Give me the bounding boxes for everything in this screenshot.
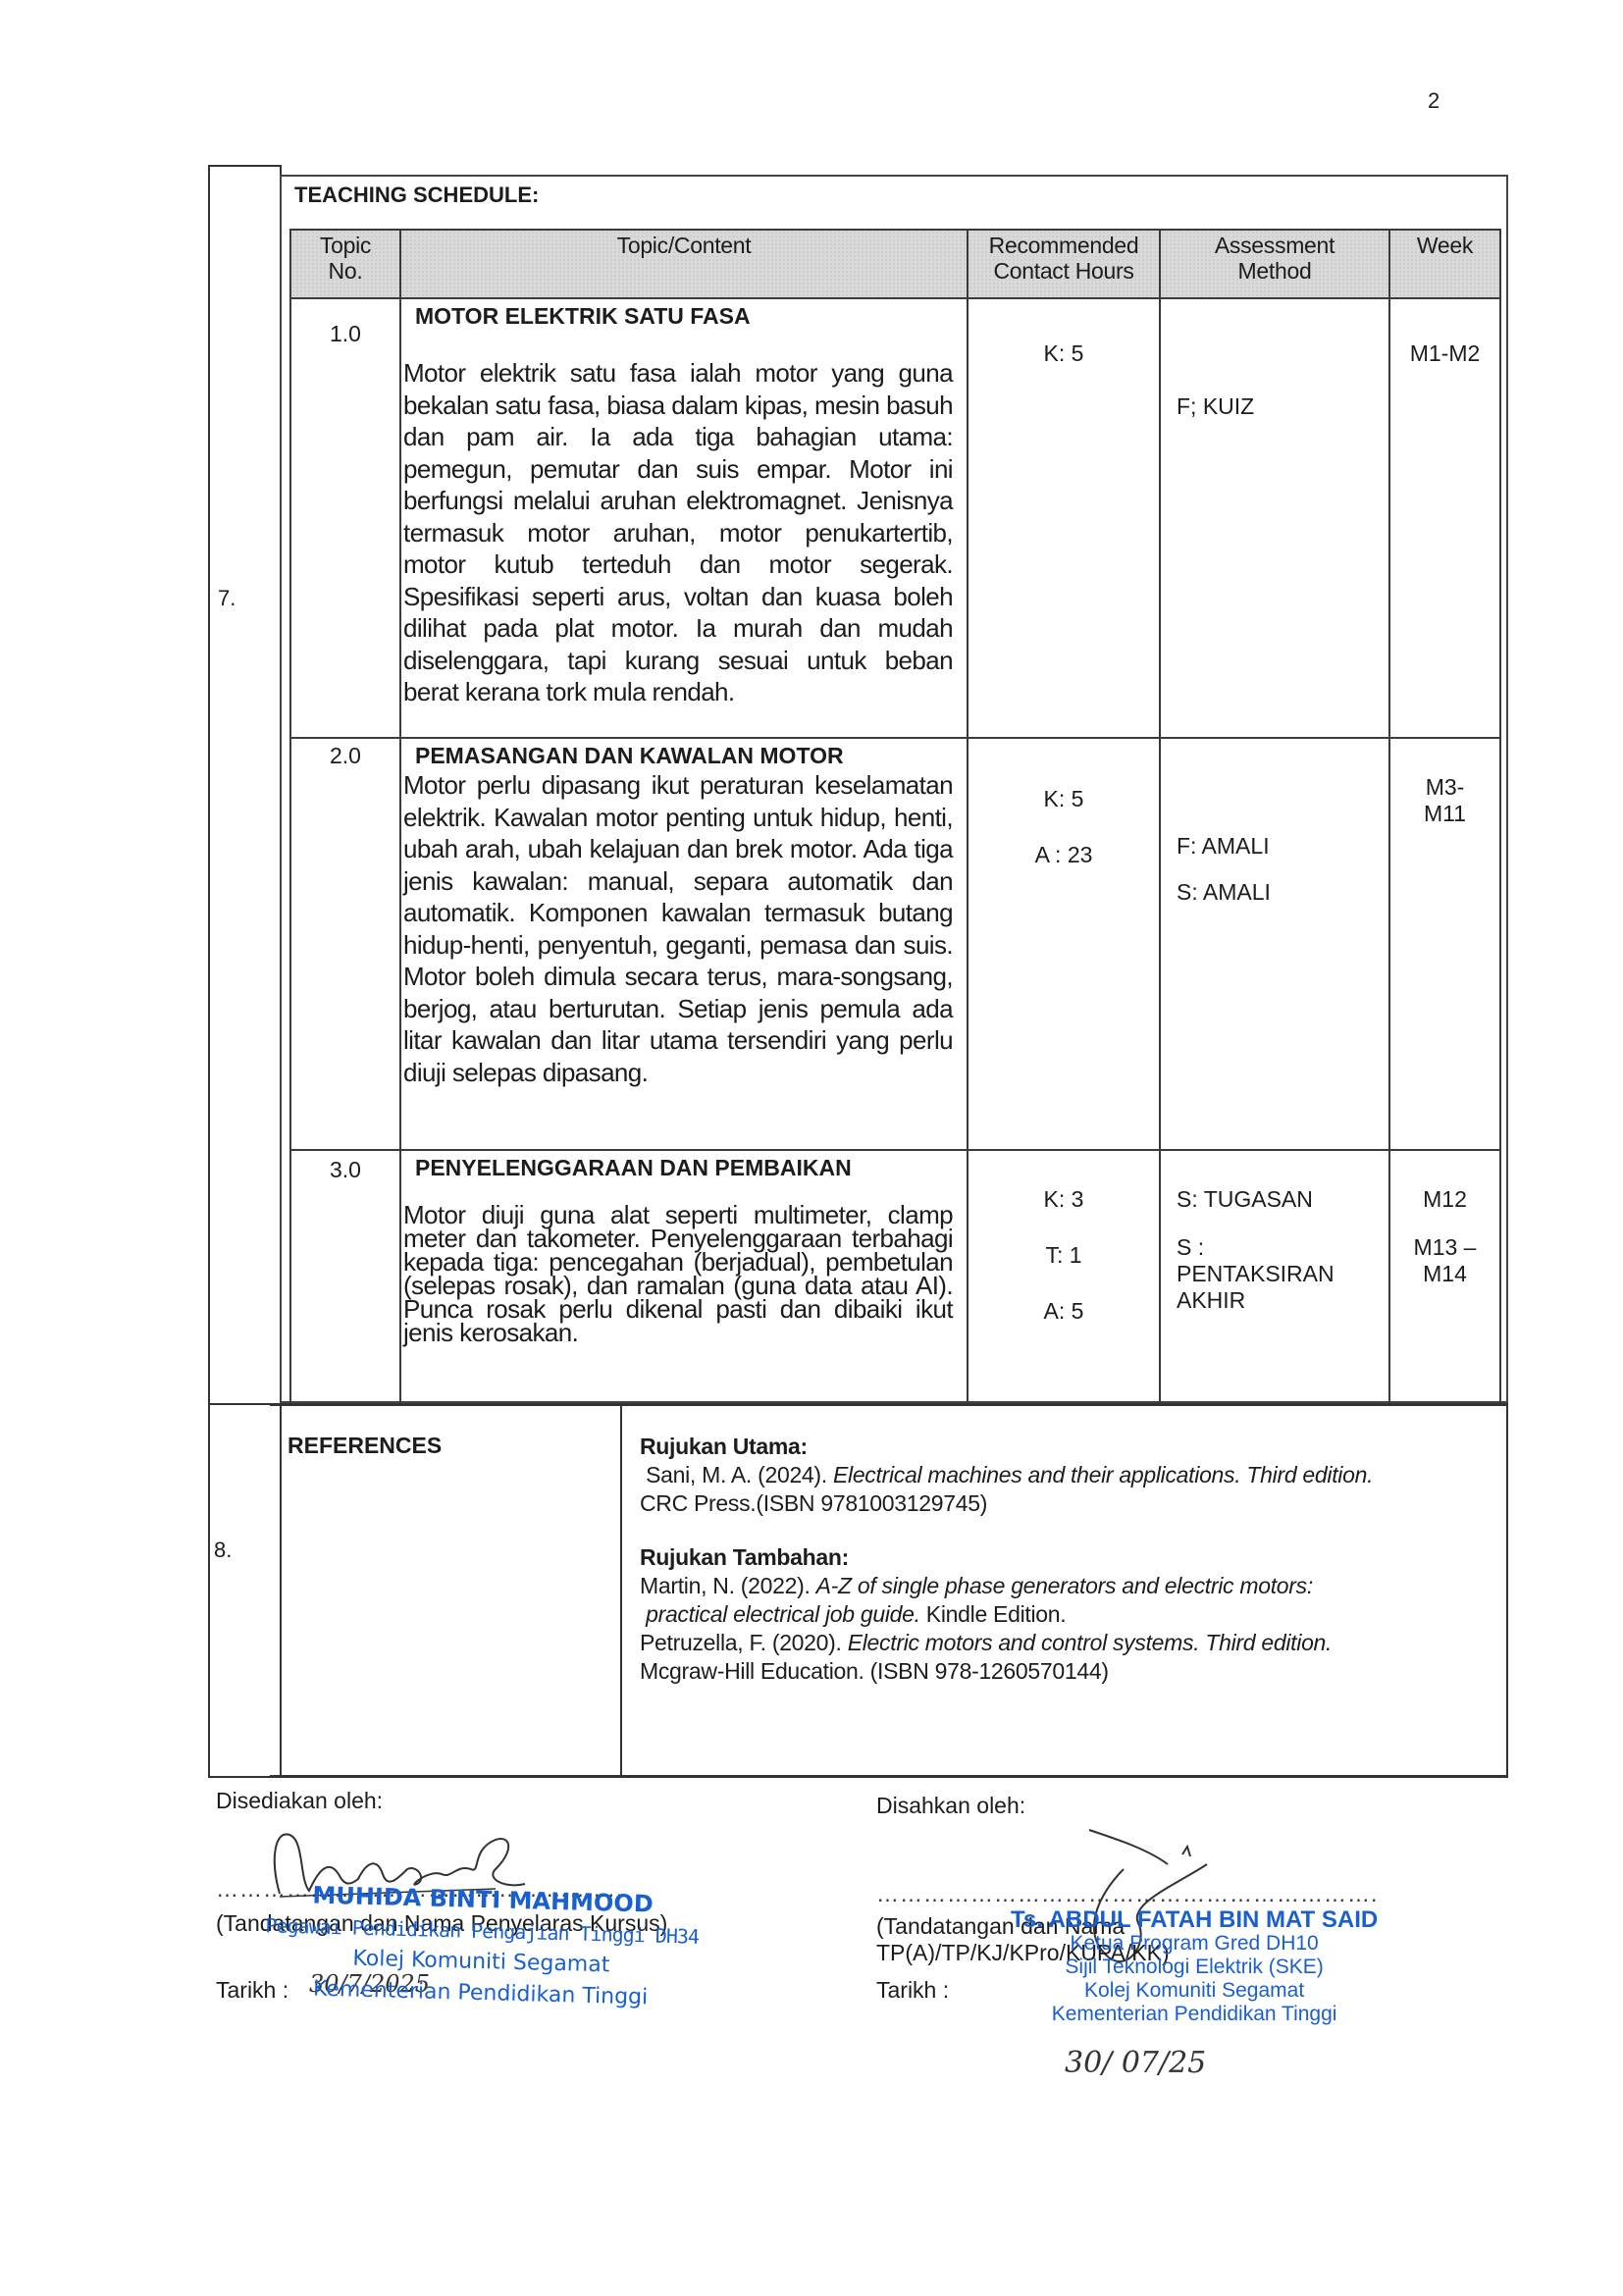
assessment-method: F: AMALIS: AMALI: [1160, 738, 1389, 1150]
topic-number: 3.0: [290, 1150, 400, 1405]
contact-hours: K: 5: [968, 298, 1160, 738]
header-contact-hours: Recommended Contact Hours: [968, 230, 1160, 298]
references-column-divider: [620, 1403, 622, 1778]
section-number-references: 8.: [214, 1538, 232, 1563]
references-label: REFERENCES: [288, 1433, 442, 1459]
approved-stamp: Ts. ABDUL FATAH BIN MAT SAID Ketua Progr…: [1011, 1908, 1378, 2026]
references-content: Rujukan Utama: Sani, M. A. (2024). Elect…: [640, 1433, 1493, 1686]
table-header-row: Topic No. Topic/Content Recommended Cont…: [290, 230, 1500, 298]
topic-title: PENYELENGGARAAN DAN PEMBAIKAN: [415, 1155, 953, 1181]
page-number: 2: [1428, 88, 1440, 114]
topic-number: 2.0: [290, 738, 400, 1150]
additional-references-heading: Rujukan Tambahan:: [640, 1543, 1493, 1572]
approved-handwritten-date: 30/ 07/25: [1065, 2046, 1206, 2080]
header-topic-content: Topic/Content: [400, 230, 968, 298]
topic-content: MOTOR ELEKTRIK SATU FASAMotor elektrik s…: [400, 298, 968, 738]
topic-description: Motor perlu dipasang ikut peraturan kese…: [403, 769, 953, 1088]
week-range: M12M13 –M14: [1389, 1150, 1500, 1405]
contact-hours: K: 5A : 23: [968, 738, 1160, 1150]
approved-by-label: Disahkan oleh:: [876, 1791, 1025, 1820]
contact-hours: K: 3T: 1A: 5: [968, 1150, 1160, 1405]
approved-date-label: Tarikh :: [876, 1975, 949, 2005]
prepared-by-label: Disediakan oleh:: [216, 1786, 383, 1815]
topic-content: PEMASANGAN DAN KAWALAN MOTORMotor perlu …: [400, 738, 968, 1150]
reference-item-main-1: Sani, M. A. (2024). Electrical machines …: [640, 1461, 1493, 1518]
topic-title: PEMASANGAN DAN KAWALAN MOTOR: [415, 743, 953, 769]
reference-item-additional-2: Petruzella, F. (2020). Electric motors a…: [640, 1629, 1493, 1686]
frame-left-border: [208, 165, 210, 1778]
table-row: 3.0PENYELENGGARAAN DAN PEMBAIKANMotor di…: [290, 1150, 1500, 1405]
week-range: M3-M11: [1389, 738, 1500, 1150]
table-row: 2.0PEMASANGAN DAN KAWALAN MOTORMotor per…: [290, 738, 1500, 1150]
header-topic-no: Topic No.: [290, 230, 400, 298]
teaching-schedule-title: TEACHING SCHEDULE:: [294, 183, 539, 208]
section-number-teaching-schedule: 7.: [218, 586, 236, 611]
topic-description: Motor elektrik satu fasa ialah motor yan…: [403, 357, 953, 708]
header-assessment-method: Assessment Method: [1160, 230, 1389, 298]
approved-signature-line: ……………………………………………………….: [876, 1879, 1378, 1908]
topic-number: 1.0: [290, 298, 400, 738]
assessment-method: S: TUGASANS :PENTAKSIRANAKHIR: [1160, 1150, 1389, 1405]
week-range: M1-M2: [1389, 298, 1500, 738]
reference-item-additional-1: Martin, N. (2022). A-Z of single phase g…: [640, 1572, 1493, 1629]
topic-content: PENYELENGGARAAN DAN PEMBAIKANMotor diuji…: [400, 1150, 968, 1405]
table-row: 1.0MOTOR ELEKTRIK SATU FASAMotor elektri…: [290, 298, 1500, 738]
topic-title: MOTOR ELEKTRIK SATU FASA: [415, 303, 953, 330]
header-week: Week: [1389, 230, 1500, 298]
teaching-schedule-table: Topic No. Topic/Content Recommended Cont…: [289, 229, 1501, 1406]
topic-description: Motor diuji guna alat seperti multimeter…: [403, 1203, 953, 1344]
assessment-method: F; KUIZ: [1160, 298, 1389, 738]
prepared-by-block: Disediakan oleh:: [216, 1786, 383, 1815]
prepared-stamp: MUHIDA BINTI MAHMOOD Pegawai Pendidikan …: [263, 1878, 700, 2015]
frame-top-border: [208, 165, 282, 167]
main-references-heading: Rujukan Utama:: [640, 1433, 1493, 1461]
